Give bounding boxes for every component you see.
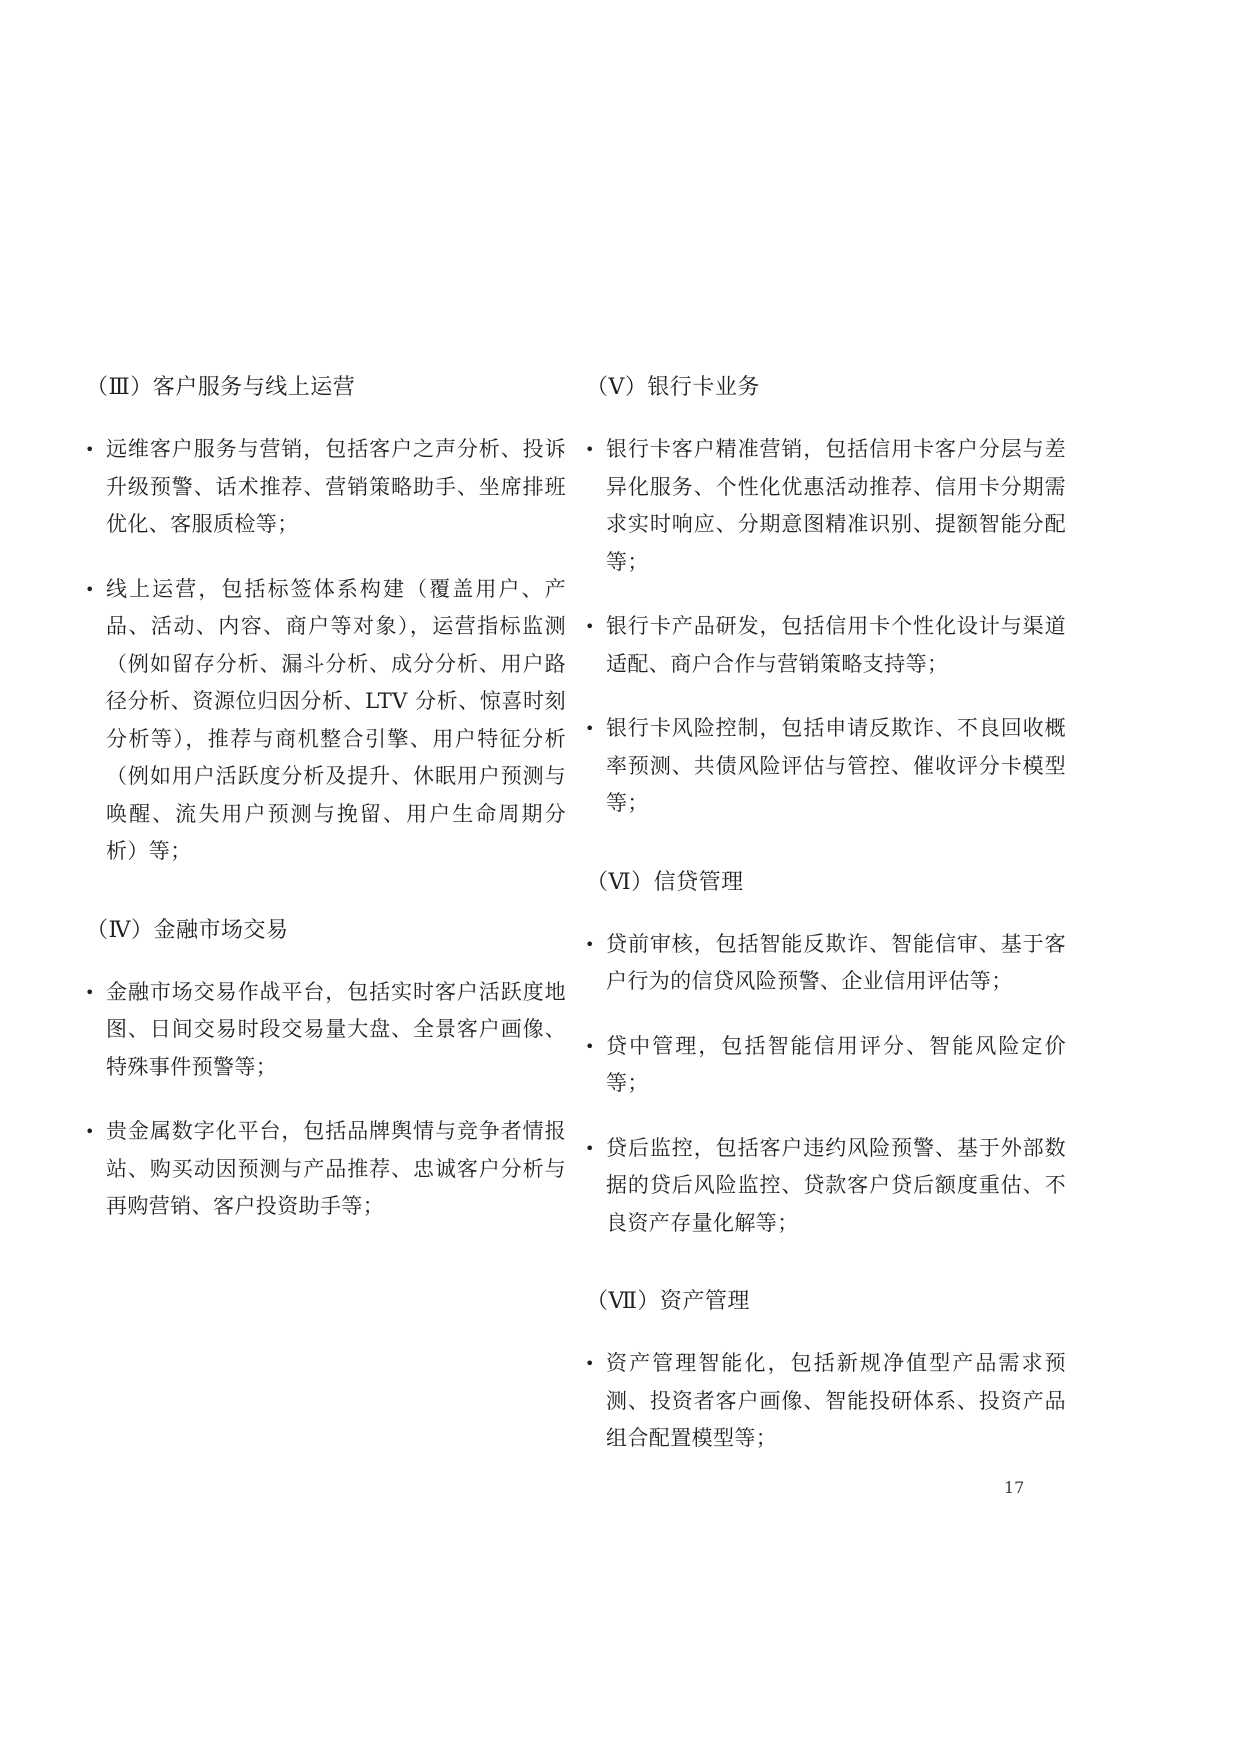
section-bank-cards: （Ⅴ）银行卡业务 • 银行卡客户精准营销，包括信用卡客户分层与差异化服务、个性化…	[584, 372, 1066, 823]
bullet-text: 银行卡产品研发，包括信用卡个性化设计与渠道适配、商户合作与营销策略支持等；	[606, 608, 1066, 683]
bullet-text: 远维客户服务与营销，包括客户之声分析、投诉升级预警、话术推荐、营销策略助手、坐席…	[106, 431, 566, 544]
bullet-text: 银行卡风险控制，包括申请反欺诈、不良回收概率预测、共债风险评估与管控、催收评分卡…	[606, 710, 1066, 823]
bullet-item: • 金融市场交易作战平台，包括实时客户活跃度地图、日间交易时段交易量大盘、全景客…	[84, 974, 566, 1087]
bullet-icon: •	[584, 710, 606, 823]
bullet-item: • 贷中管理，包括智能信用评分、智能风险定价等；	[584, 1028, 1066, 1103]
bullet-item: • 贵金属数字化平台，包括品牌舆情与竞争者情报站、购买动因预测与产品推荐、忠诚客…	[84, 1113, 566, 1226]
bullet-item: • 银行卡产品研发，包括信用卡个性化设计与渠道适配、商户合作与营销策略支持等；	[584, 608, 1066, 683]
page-number: 17	[1004, 1478, 1024, 1497]
section-heading: （Ⅶ）资产管理	[586, 1286, 1066, 1318]
bullet-text: 贷中管理，包括智能信用评分、智能风险定价等；	[606, 1028, 1066, 1103]
bullet-icon: •	[584, 431, 606, 581]
bullet-text: 金融市场交易作战平台，包括实时客户活跃度地图、日间交易时段交易量大盘、全景客户画…	[106, 974, 566, 1087]
bullet-item: • 远维客户服务与营销，包括客户之声分析、投诉升级预警、话术推荐、营销策略助手、…	[84, 431, 566, 544]
bullet-icon: •	[84, 974, 106, 1087]
section-financial-markets: （Ⅳ）金融市场交易 • 金融市场交易作战平台，包括实时客户活跃度地图、日间交易时…	[84, 915, 566, 1226]
section-credit-management: （Ⅵ）信贷管理 • 贷前审核，包括智能反欺诈、智能信审、基于客户行为的信贷风险预…	[584, 867, 1066, 1243]
section-heading: （Ⅵ）信贷管理	[586, 867, 1066, 899]
bullet-text: 银行卡客户精准营销，包括信用卡客户分层与差异化服务、个性化优惠活动推荐、信用卡分…	[606, 431, 1066, 581]
bullet-icon: •	[584, 926, 606, 1001]
bullet-text: 贷后监控，包括客户违约风险预警、基于外部数据的贷后风险监控、贷款客户贷后额度重估…	[606, 1130, 1066, 1243]
bullet-text: 贷前审核，包括智能反欺诈、智能信审、基于客户行为的信贷风险预警、企业信用评估等；	[606, 926, 1066, 1001]
column-left: （Ⅲ）客户服务与线上运营 • 远维客户服务与营销，包括客户之声分析、投诉升级预警…	[84, 372, 566, 1226]
bullet-icon: •	[584, 1345, 606, 1458]
section-heading: （Ⅴ）银行卡业务	[586, 372, 1066, 404]
bullet-icon: •	[84, 431, 106, 544]
section-heading: （Ⅳ）金融市场交易	[86, 915, 566, 947]
bullet-icon: •	[84, 1113, 106, 1226]
bullet-text: 贵金属数字化平台，包括品牌舆情与竞争者情报站、购买动因预测与产品推荐、忠诚客户分…	[106, 1113, 566, 1226]
column-right: （Ⅴ）银行卡业务 • 银行卡客户精准营销，包括信用卡客户分层与差异化服务、个性化…	[584, 372, 1066, 1458]
bullet-item: • 贷前审核，包括智能反欺诈、智能信审、基于客户行为的信贷风险预警、企业信用评估…	[584, 926, 1066, 1001]
bullet-item: • 线上运营，包括标签体系构建（覆盖用户、产品、活动、内容、商户等对象），运营指…	[84, 571, 566, 871]
section-heading: （Ⅲ）客户服务与线上运营	[86, 372, 566, 404]
bullet-icon: •	[584, 608, 606, 683]
section-asset-management: （Ⅶ）资产管理 • 资产管理智能化，包括新规净值型产品需求预测、投资者客户画像、…	[584, 1286, 1066, 1458]
bullet-icon: •	[84, 571, 106, 871]
bullet-text: 资产管理智能化，包括新规净值型产品需求预测、投资者客户画像、智能投研体系、投资产…	[606, 1345, 1066, 1458]
bullet-item: • 银行卡风险控制，包括申请反欺诈、不良回收概率预测、共债风险评估与管控、催收评…	[584, 710, 1066, 823]
document-page: （Ⅲ）客户服务与线上运营 • 远维客户服务与营销，包括客户之声分析、投诉升级预警…	[0, 0, 1240, 1754]
bullet-item: • 银行卡客户精准营销，包括信用卡客户分层与差异化服务、个性化优惠活动推荐、信用…	[584, 431, 1066, 581]
bullet-icon: •	[584, 1130, 606, 1243]
bullet-item: • 贷后监控，包括客户违约风险预警、基于外部数据的贷后风险监控、贷款客户贷后额度…	[584, 1130, 1066, 1243]
bullet-text: 线上运营，包括标签体系构建（覆盖用户、产品、活动、内容、商户等对象），运营指标监…	[106, 571, 566, 871]
bullet-icon: •	[584, 1028, 606, 1103]
section-customer-service: （Ⅲ）客户服务与线上运营 • 远维客户服务与营销，包括客户之声分析、投诉升级预警…	[84, 372, 566, 871]
bullet-item: • 资产管理智能化，包括新规净值型产品需求预测、投资者客户画像、智能投研体系、投…	[584, 1345, 1066, 1458]
